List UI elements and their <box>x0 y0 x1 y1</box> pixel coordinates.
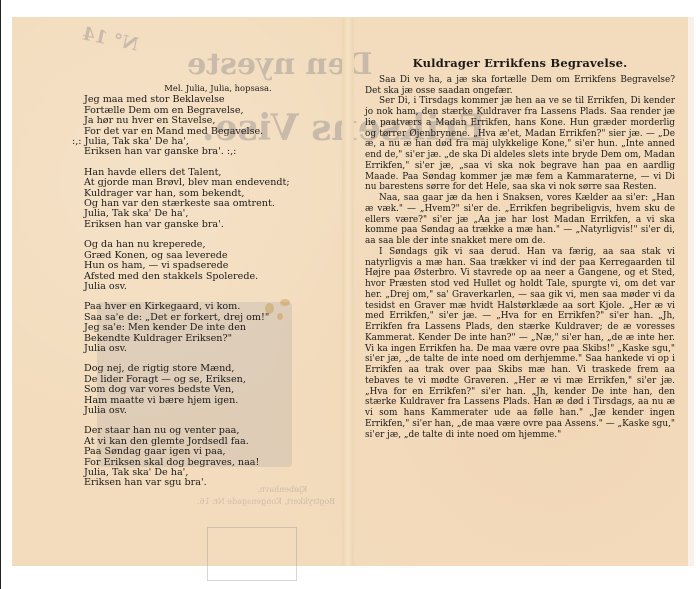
left-page: N° 14 Den nyeste Eriksens Vise. Kjøbenha… <box>12 17 342 566</box>
verse-line: Jeg sa'e: Men kender De inte den <box>84 323 334 333</box>
refrain-line: Eriksen han var ganske bra'. <box>84 220 334 230</box>
refrain-line: Julia osv. <box>84 406 334 416</box>
stanza-5: Dog nej, de rigtig store Mænd, De lider … <box>84 364 334 416</box>
bleed-through-stamp <box>207 527 297 581</box>
scan-border <box>0 0 1 589</box>
paragraph: Saa Di ve ha, a jæ ska fortælle Dem om E… <box>365 75 675 97</box>
stanza-2: Han havde ellers det Talent, At gjorde m… <box>84 168 334 230</box>
stanza-1: Jeg maa med stor Beklavelse Fortælle Dem… <box>84 95 334 157</box>
refrain-line: Eriksen han var ganske bra'. :,: <box>84 147 334 157</box>
bleed-through-page-number: N° 14 <box>80 23 140 55</box>
verse-line: Som dog var vores bedste Ven, <box>84 385 334 395</box>
paragraph: Ser Di, i Tirsdags kommer jæ hen aa ve s… <box>365 96 675 193</box>
refrain-line: Julia osv. <box>84 344 334 354</box>
stanza-4: Paa hver en Kirkegaard, vi kom. Saa sa'e… <box>84 302 334 354</box>
prose-text: Kuldrager Errikfens Begravelse. Saa Di v… <box>365 58 675 440</box>
page-fold <box>342 17 354 566</box>
song-text: Mel. Julia, Julia, hopsasa. Jeg maa med … <box>84 83 334 499</box>
paragraph: I Søndags gik vi saa derud. Han va færig… <box>365 247 675 441</box>
paragraph: Naa, saa gaar jæ da hen i Snaksen, vores… <box>365 193 675 247</box>
verse-line: Hun os ham, — vi spadserede <box>84 261 334 271</box>
melody-note: Mel. Julia, Julia, hopsasa. <box>102 83 334 93</box>
refrain-line: Eriksen han var sgu bra'. <box>84 478 334 488</box>
stanza-3: Og da han nu kreperede, Græd Konen, og s… <box>84 240 334 292</box>
stanza-6: Der staar han nu og venter paa, At vi ka… <box>84 426 334 488</box>
page-title: Kuldrager Errikfens Begravelse. <box>365 58 675 69</box>
refrain-line: Julia osv. <box>84 282 334 292</box>
page-edge <box>688 17 694 566</box>
